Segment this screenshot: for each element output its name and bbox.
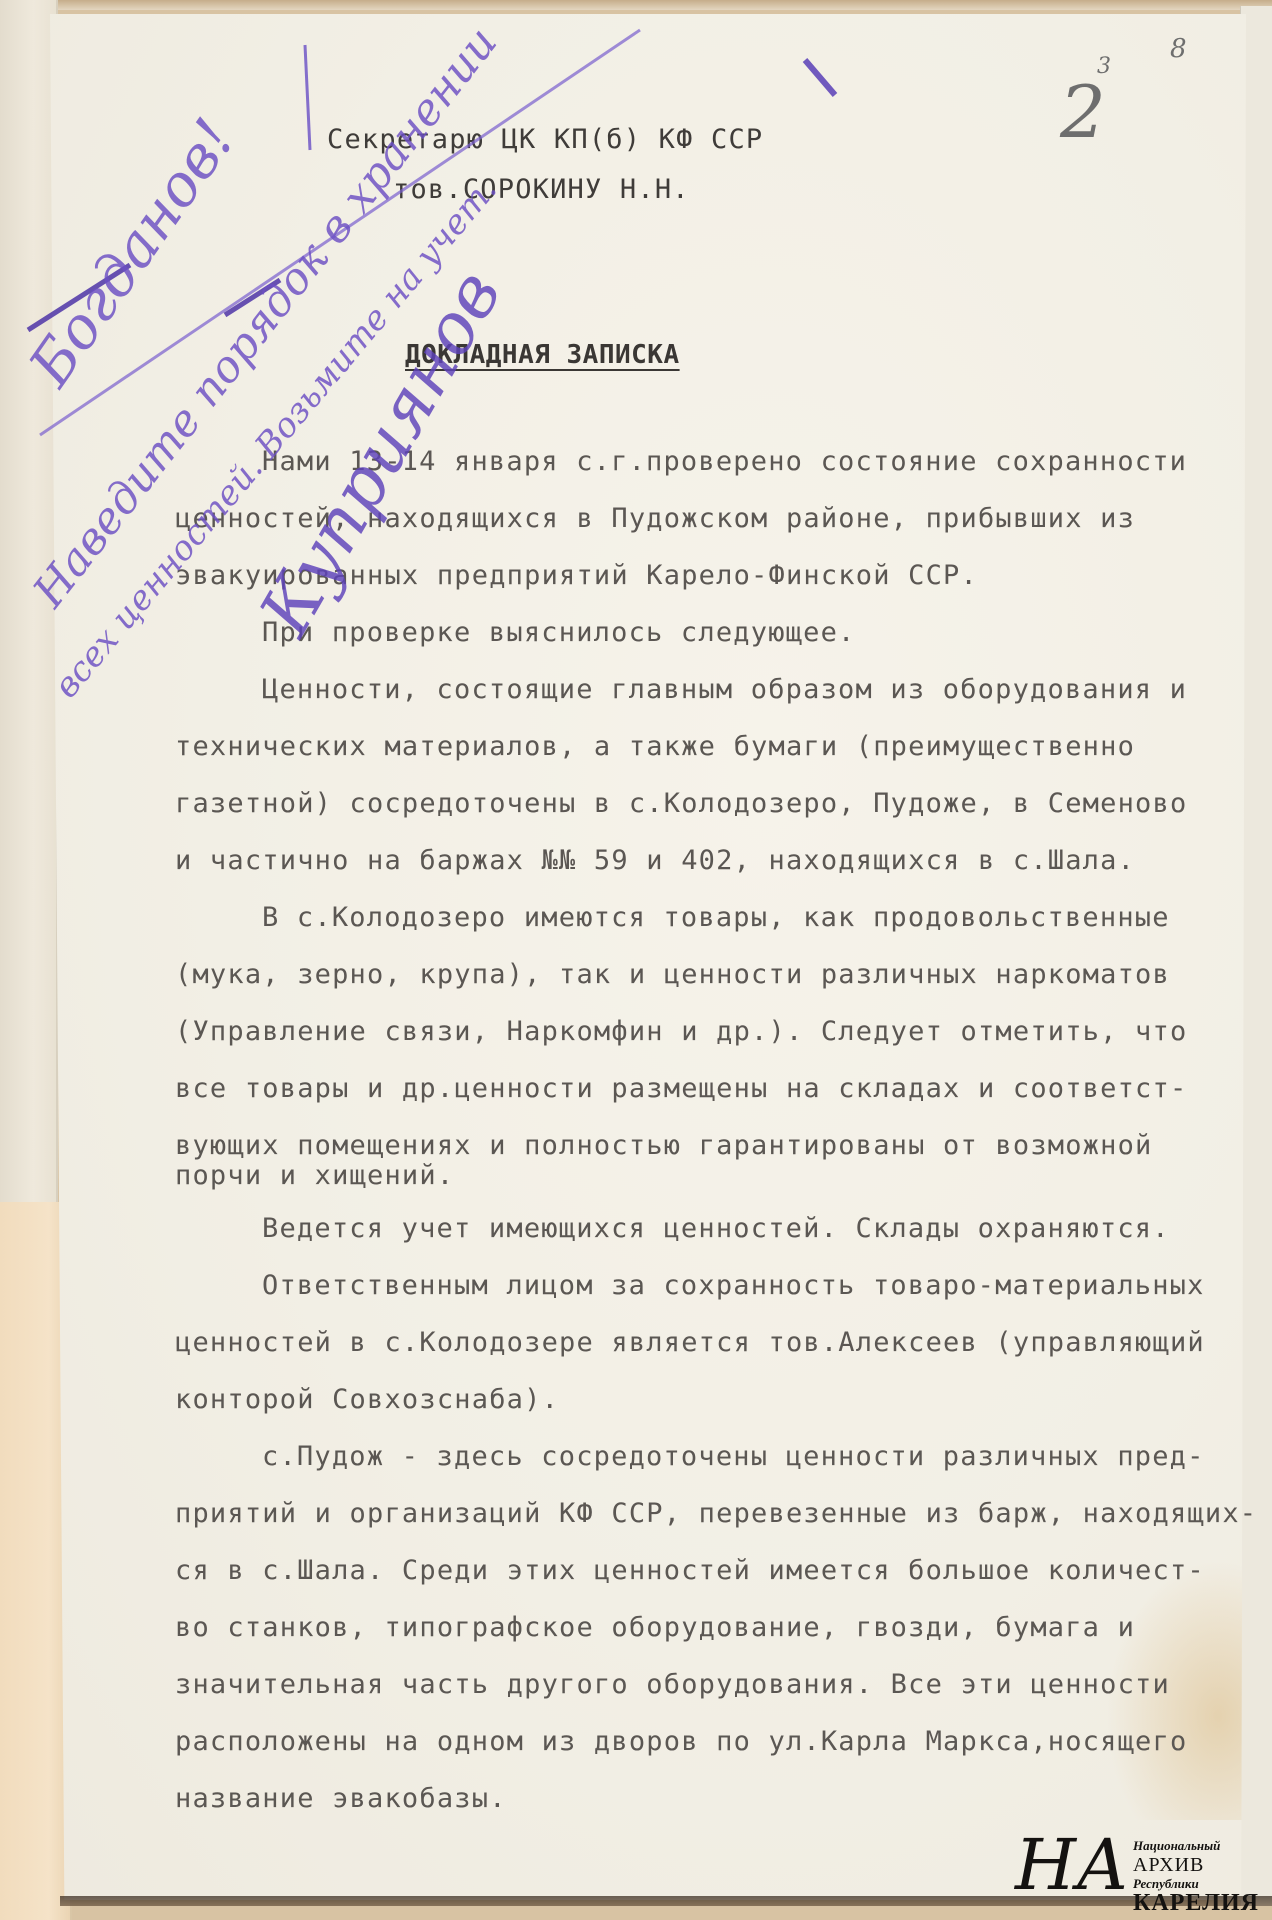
logo-line-archive: АРХИВ (1133, 1854, 1204, 1877)
body-line: название эвакобазы. (175, 1785, 507, 1812)
body-line: При проверке выяснилось следующее. (262, 619, 855, 646)
body-line: ценностей, находящихся в Пудожском район… (175, 505, 1135, 532)
backing-top-edge (0, 0, 1272, 10)
addressee-line-1: Секретарю ЦК КП(б) КФ ССР (327, 126, 763, 153)
body-line: Ответственным лицом за сохранность товар… (262, 1272, 1205, 1299)
body-line: технических материалов, а также бумаги (… (175, 733, 1135, 760)
body-line: Нами 13-14 января с.г.проверено состояни… (262, 448, 1187, 475)
logo-initial-letters: НА (1015, 1830, 1129, 1900)
archive-logo: НА Национальный АРХИВ Республики КАРЕЛИЯ (1015, 1810, 1265, 1915)
body-line: с.Пудож - здесь сосредоточены ценности р… (262, 1443, 1205, 1470)
addressee-line-2: тов.СОРОКИНУ Н.Н. (393, 176, 690, 203)
body-line: приятий и организаций КФ ССР, перевезенн… (175, 1500, 1257, 1527)
left-binding-strip (0, 0, 58, 1202)
logo-line-national: Национальный (1133, 1838, 1220, 1854)
body-line: Ценности, состоящие главным образом из о… (262, 676, 1187, 703)
body-line: В с.Колодозеро имеются товары, как продо… (262, 904, 1170, 931)
logo-line-karelia: КАРЕЛИЯ (1133, 1890, 1259, 1917)
page-number-corner: 8 (1170, 34, 1187, 64)
body-line: во станков, типографское оборудование, г… (175, 1614, 1135, 1641)
body-line: расположены на одном из дворов по ул.Кар… (175, 1728, 1187, 1755)
body-line: конторой Совхозснаба). (175, 1386, 559, 1413)
body-line: газетной) сосредоточены в с.Колодозеро, … (175, 790, 1187, 817)
page-number: 2 (1060, 70, 1106, 154)
body-line: вующих помещениях и полностью гарантиров… (175, 1132, 1153, 1159)
body-line: все товары и др.ценности размещены на ск… (175, 1075, 1187, 1102)
body-line: порчи и хищений. (175, 1162, 454, 1189)
body-line: эвакуированных предприятий Карело-Финско… (175, 562, 978, 589)
body-line: ся в с.Шала. Среди этих ценностей имеетс… (175, 1557, 1205, 1584)
body-line: и частично на баржах №№ 59 и 402, находя… (175, 847, 1135, 874)
body-line: ценностей в с.Колодозере является тов.Ал… (175, 1329, 1205, 1356)
body-line: значительная часть другого оборудования.… (175, 1671, 1170, 1698)
body-line: (Управление связи, Наркомфин и др.). Сле… (175, 1018, 1187, 1045)
body-line: (мука, зерно, крупа), так и ценности раз… (175, 961, 1170, 988)
body-line: Ведется учет имеющихся ценностей. Склады… (262, 1215, 1170, 1242)
document-scan: 3 2 8 Секретарю ЦК КП(б) КФ ССР тов.СОРО… (0, 0, 1272, 1920)
document-title: ДОКЛАДНАЯ ЗАПИСКА (405, 342, 680, 368)
